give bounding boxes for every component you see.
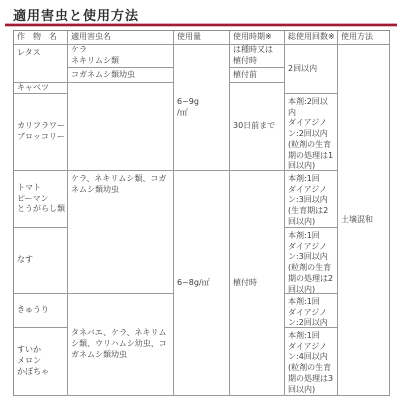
timing-cell-2: 植付前 — [230, 68, 285, 83]
crop-cell-cucumber: きゅうり — [14, 294, 68, 328]
page: 適用害虫と使用方法 作 物 名 適用害虫名 使用量 使用時期※ 総使用回数※ 使… — [0, 0, 400, 400]
method-cell: 土壌混和 — [338, 45, 390, 396]
count-cell-4: 本剤:1回 ダイアジノ ン:3回以内 (粒剤の生育 期の処理は2 回以内) — [285, 228, 338, 294]
header-count: 総使用回数※ — [285, 31, 338, 45]
header-timing: 使用時期※ — [230, 31, 285, 45]
count-cell-6: 本剤:1回 ダイアジノ ン:4回以内 (粒剤の生育 期の処理は3 回以内) — [285, 328, 338, 396]
header-method: 使用方法 — [338, 31, 390, 45]
pest-cell-1: ケラ ネキリムシ類 — [68, 45, 174, 68]
timing-cell-1: は種時又は 植付時 — [230, 45, 285, 68]
crop-cell-lettuce: レタス — [14, 45, 68, 83]
pest-cell-2: コガネムシ類幼虫 — [68, 68, 174, 83]
pest-cell-5: タネバエ、ケラ、ネキリム シ類、ウリハムシ幼虫、コ ガネムシ類幼虫 — [68, 294, 174, 396]
count-cell-1: 2回以内 — [285, 45, 338, 94]
count-cell-2: 本剤:2回以 内 ダイアジノ ン:2回以内 (粒剤の生育 期の処理は1 回以内) — [285, 94, 338, 171]
header-amount: 使用量 — [174, 31, 230, 45]
amount-cell-2: 6~8g/㎡ — [174, 171, 230, 396]
crop-cell-tomato: トマト ピーマン とうがらし類 — [14, 171, 68, 228]
title-underline — [5, 23, 397, 27]
crop-cell-cauliflower: カリフラワー ブロッコリー — [14, 94, 68, 171]
amount-cell-1: 6~9g /㎡ — [174, 45, 230, 171]
timing-cell-3: 30日前まで — [230, 83, 285, 171]
crop-cell-cabbage: キャベツ — [14, 83, 68, 94]
header-crop: 作 物 名 — [14, 31, 68, 45]
header-pest: 適用害虫名 — [68, 31, 174, 45]
count-cell-5: 本剤:1回 ダイアジノ ン:2回以内 — [285, 294, 338, 328]
pest-cell-3 — [68, 83, 174, 171]
timing-cell-4: 植付時 — [230, 171, 285, 396]
count-cell-3: 本剤:1回 ダイアジノ ン:3回以内 (生育期は2 回以内) — [285, 171, 338, 228]
crop-cell-melon: すいか メロン かぼちゃ — [14, 328, 68, 396]
crop-cell-eggplant: なす — [14, 228, 68, 294]
usage-table: 作 物 名 適用害虫名 使用量 使用時期※ 総使用回数※ 使用方法 レタス キャ… — [13, 30, 390, 396]
pest-cell-4: ケラ、ネキリムシ類、コガ ネムシ類幼虫 — [68, 171, 174, 294]
page-title: 適用害虫と使用方法 — [13, 5, 139, 24]
